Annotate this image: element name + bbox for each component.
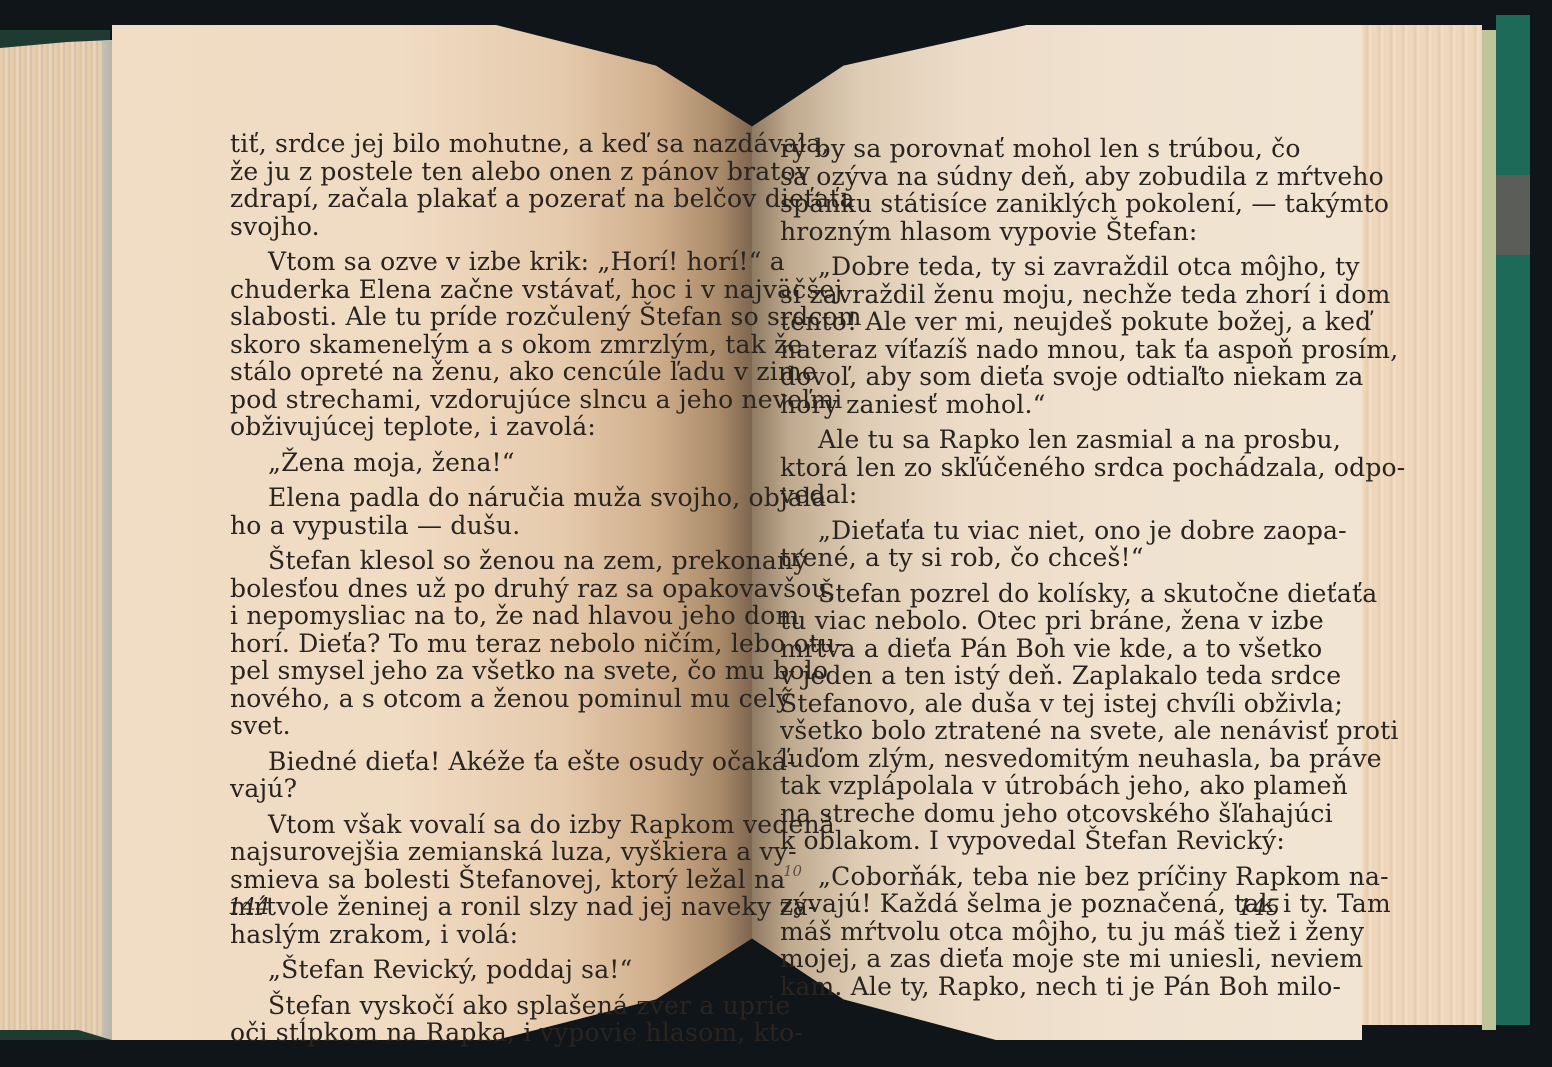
text-line: smieva sa bolesti Štefanovej, ktorý leža… bbox=[230, 866, 730, 894]
marbled-endpaper bbox=[1482, 30, 1496, 1030]
text-line: rý by sa porovnať mohol len s trúbou, čo bbox=[780, 135, 1270, 163]
text-line: oči stĺpkom na Rapka, i vypovie hlasom, … bbox=[230, 1019, 730, 1047]
text-line: tento! Ale ver mi, neujdeš pokute božej,… bbox=[780, 308, 1270, 336]
text-line: nateraz víťazíš nado mnou, tak ťa aspoň … bbox=[780, 336, 1270, 364]
text-line: stálo opreté na ženu, ako cencúle ľadu v… bbox=[230, 358, 730, 386]
text-line: nového, a s otcom a ženou pominul mu cel… bbox=[230, 685, 730, 713]
text-line: „Žena moja, žena!“ bbox=[230, 449, 730, 477]
text-line: zdrapí, začala plakať a pozerať na belčo… bbox=[230, 185, 730, 213]
text-line: ľuďom zlým, nesvedomitým neuhasla, ba pr… bbox=[780, 745, 1270, 773]
text-line: slabosti. Ale tu príde rozčulený Štefan … bbox=[230, 303, 730, 331]
text-line: si zavraždil ženu moju, nechže teda zhor… bbox=[780, 281, 1270, 309]
cover-corner-patch bbox=[1496, 175, 1530, 255]
right-page-text: rý by sa porovnať mohol len s trúbou, čo… bbox=[780, 135, 1270, 1000]
text-line: Štefan pozrel do kolísky, a skutočne die… bbox=[780, 580, 1270, 608]
left-page-text: tiť, srdce jej bilo mohutne, a keď sa na… bbox=[230, 130, 730, 1047]
text-line: „Dieťaťa tu viac niet, ono je dobre zaop… bbox=[780, 517, 1270, 545]
text-line: ho a vypustila — dušu. bbox=[230, 512, 730, 540]
text-line: k oblakom. I vypovedal Štefan Revický: bbox=[780, 827, 1270, 855]
text-line: skoro skamenelým a s okom zmrzlým, tak ž… bbox=[230, 331, 730, 359]
text-line: haslým zrakom, i volá: bbox=[230, 921, 730, 949]
text-line: Biedné dieťa! Akéže ťa ešte osudy očaká- bbox=[230, 748, 730, 776]
text-line: i nepomysliac na to, že nad hlavou jeho … bbox=[230, 602, 730, 630]
text-line: „Coborňák, teba nie bez príčiny Rapkom n… bbox=[780, 863, 1270, 891]
text-line: chuderka Elena začne vstávať, hoc i v na… bbox=[230, 276, 730, 304]
text-line: dovoľ, aby som dieťa svoje odtiaľto niek… bbox=[780, 363, 1270, 391]
printer-signature-mark: 10 bbox=[783, 862, 802, 880]
text-line: Ale tu sa Rapko len zasmial a na prosbu, bbox=[780, 426, 1270, 454]
text-line: Štefan vyskočí ako splašená zver a uprie bbox=[230, 992, 730, 1020]
text-line: máš mŕtvolu otca môjho, tu ju máš tiež i… bbox=[780, 918, 1270, 946]
text-line: obživujúcej teplote, i zavolá: bbox=[230, 413, 730, 441]
text-line: Štefanovo, ale duša v tej istej chvíli o… bbox=[780, 690, 1270, 718]
text-line: Vtom sa ozve v izbe krik: „Horí! horí!“ … bbox=[230, 248, 730, 276]
text-line: najsurovejšia zemianská luza, vyškiera a… bbox=[230, 838, 730, 866]
text-line: kam. Ale ty, Rapko, nech ti je Pán Boh m… bbox=[780, 973, 1270, 1001]
text-line: svet. bbox=[230, 712, 730, 740]
page-number-left: 144 bbox=[228, 895, 270, 920]
text-line: hrozným hlasom vypovie Štefan: bbox=[780, 218, 1270, 246]
page-number-right: 145 bbox=[1238, 896, 1280, 921]
text-line: na streche domu jeho otcovského šľahajúc… bbox=[780, 800, 1270, 828]
left-page-stack bbox=[0, 40, 112, 1040]
text-line: Vtom však vovalí sa do izby Rapkom veden… bbox=[230, 811, 730, 839]
text-line: v jeden a ten istý deň. Zaplakalo teda s… bbox=[780, 662, 1270, 690]
text-line: pel smysel jeho za všetko na svete, čo m… bbox=[230, 657, 730, 685]
text-line: Štefan klesol so ženou na zem, prekonaný bbox=[230, 547, 730, 575]
text-line: zývajú! Každá šelma je poznačená, tak i … bbox=[780, 890, 1270, 918]
text-line: pod strechami, vzdorujúce slncu a jeho n… bbox=[230, 386, 730, 414]
text-line: mŕtvole ženinej a ronil slzy nad jej nav… bbox=[230, 893, 730, 921]
text-line: sa ozýva na súdny deň, aby zobudila z mŕ… bbox=[780, 163, 1270, 191]
text-line: svojho. bbox=[230, 213, 730, 241]
text-line: vajú? bbox=[230, 775, 730, 803]
text-line: horí. Dieťa? To mu teraz nebolo ničím, l… bbox=[230, 630, 730, 658]
text-line: trené, a ty si rob, čo chceš!“ bbox=[780, 544, 1270, 572]
text-line: vedal: bbox=[780, 481, 1270, 509]
text-line: všetko bolo ztratené na svete, ale nenáv… bbox=[780, 717, 1270, 745]
text-line: tiť, srdce jej bilo mohutne, a keď sa na… bbox=[230, 130, 730, 158]
text-line: „Dobre teda, ty si zavraždil otca môjho,… bbox=[780, 253, 1270, 281]
text-line: tak vzplápolala v útrobách jeho, ako pla… bbox=[780, 772, 1270, 800]
text-line: „Štefan Revický, poddaj sa!“ bbox=[230, 956, 730, 984]
right-cover-board bbox=[1496, 15, 1530, 1025]
text-line: spánku státisíce zaniklých pokolení, — t… bbox=[780, 190, 1270, 218]
text-line: mŕtva a dieťa Pán Boh vie kde, a to všet… bbox=[780, 635, 1270, 663]
text-line: mojej, a zas dieťa moje ste mi uniesli, … bbox=[780, 945, 1270, 973]
text-line: bolesťou dnes už po druhý raz sa opakova… bbox=[230, 575, 730, 603]
text-line: Elena padla do náručia muža svojho, obja… bbox=[230, 484, 730, 512]
text-line: ktorá len zo skľúčeného srdca pochádzala… bbox=[780, 454, 1270, 482]
open-book-scan: tiť, srdce jej bilo mohutne, a keď sa na… bbox=[0, 0, 1552, 1067]
text-line: hory zaniesť mohol.“ bbox=[780, 391, 1270, 419]
text-line: tu viac nebolo. Otec pri bráne, žena v i… bbox=[780, 607, 1270, 635]
text-line: že ju z postele ten alebo onen z pánov b… bbox=[230, 158, 730, 186]
